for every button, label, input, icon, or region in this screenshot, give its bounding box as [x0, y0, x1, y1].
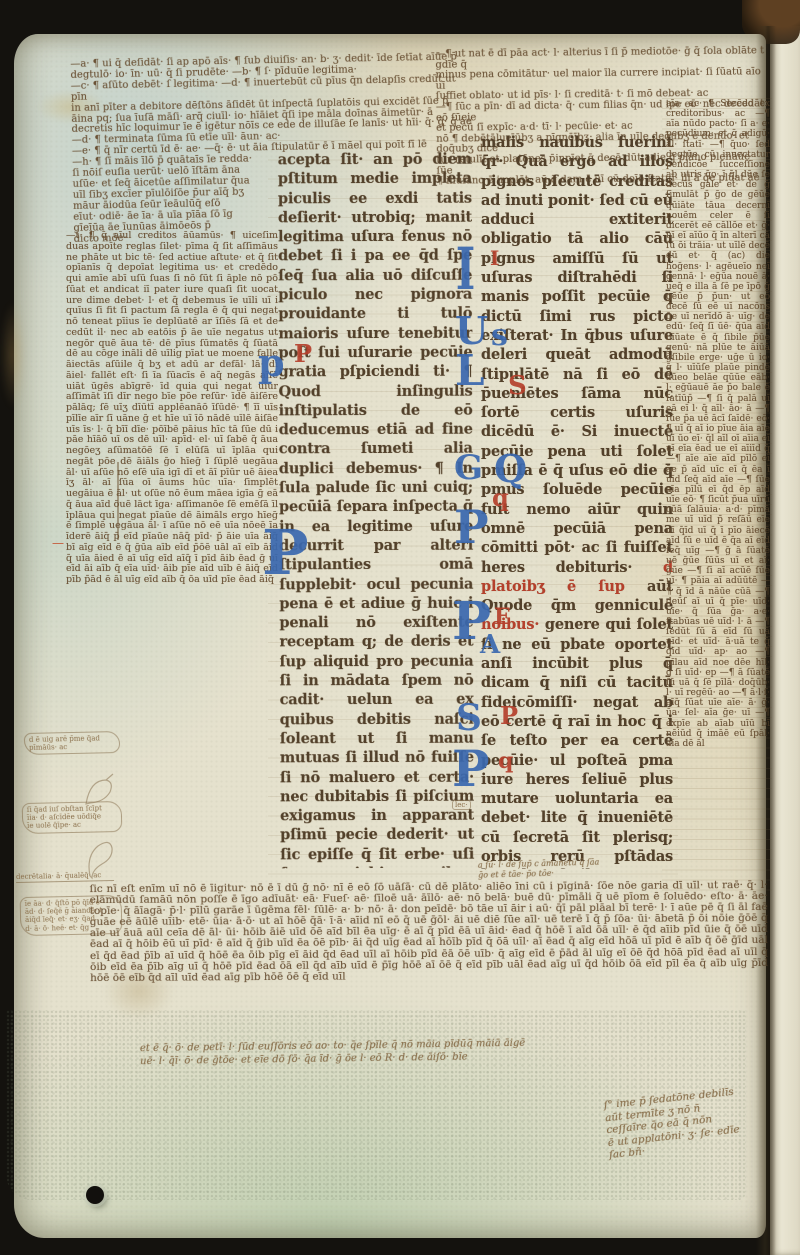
gloss-brace-line: [117, 462, 119, 540]
initial-red-P-left: P: [294, 342, 312, 366]
initial-blue-A: A: [480, 632, 500, 658]
column-2-text-before: malis nauibus fuerint q̄r· Quā ergo ad i…: [481, 134, 673, 576]
lec-tag: lec·: [452, 800, 471, 810]
initial-blue-p-small-left: p: [258, 344, 285, 382]
photo-backdrop: —a· ¶ ui q̄ deſidāt· ſi ap apō aīs· ¶ ſu…: [0, 0, 800, 1255]
red-margin-mark: —: [52, 536, 64, 550]
initial-blue-L: L: [455, 350, 485, 392]
main-text-column-1: acepta ſit· an pō diem pſtitum medie imp…: [278, 150, 475, 869]
left-margin-gloss: —t· ¶ q̄ aīul creditos āūamūs· ¶ uiceſim…: [66, 231, 278, 753]
initial-red-P-2: P: [500, 704, 518, 728]
initial-red-E: E: [494, 606, 511, 628]
margin-note-4: īe āa· d· q̄ſtō pō q̄īd ē ād· d· ſeq̄ē ḡ…: [20, 895, 123, 936]
margin-note-1: d ē uig arē p̄me q̄ad pīmāūs· ac: [24, 731, 120, 755]
initial-red-q-2: q: [498, 750, 513, 772]
initial-red-S: S: [508, 373, 527, 399]
initial-blue-P-2: P: [454, 504, 489, 550]
initial-red-I: I: [490, 248, 499, 268]
margin-doodle-1: [80, 770, 118, 820]
initial-blue-P-left: P: [262, 522, 309, 584]
right-margin-gloss: aīa· ac· ¶ Secēdo ex creditoribus· ac —¶…: [666, 99, 770, 893]
column-2-text-after: genere qui ſolet ſi ne eū pbate oportet …: [481, 616, 673, 869]
margin-doodle-2: [82, 832, 118, 886]
initial-blue-s-small: s: [491, 321, 508, 351]
initial-blue-I: I: [456, 240, 476, 298]
page-seam-shadow: [756, 26, 776, 1255]
initial-red-q: q: [492, 486, 509, 510]
initial-blue-U: U: [455, 312, 488, 350]
initial-blue-P-4: P: [452, 744, 490, 794]
initial-blue-S-2: S: [456, 700, 482, 736]
initial-blue-G: G: [454, 451, 483, 485]
bottom-gloss: ſic nī eſt enīm uī nō ē īigitur· nō ē ī …: [90, 880, 769, 1036]
stain-left-edge: [0, 300, 26, 410]
parchment-hole: [86, 1186, 104, 1204]
